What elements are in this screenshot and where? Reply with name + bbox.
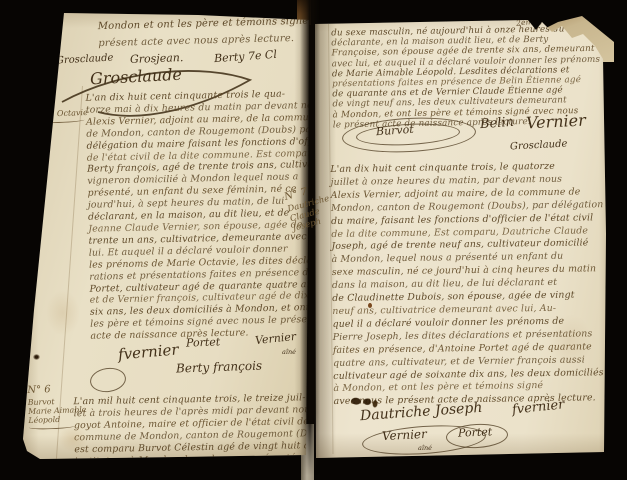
ink-blot (33, 354, 40, 360)
act-7-body-text: L'an dix huit cent cinquante trois, le q… (330, 160, 613, 409)
right-page: 2ème feuillet du sexe masculin, né aujou… (312, 14, 614, 460)
signature-vernier: Vernier (382, 427, 427, 443)
act-number: N° 5 (29, 85, 87, 98)
signature-vernier-large: Vernier (526, 110, 587, 132)
signature-portet: Portet (458, 425, 493, 439)
foxing-stain (46, 290, 80, 336)
left-page: Mondon et ont les père et témoins signé … (18, 10, 312, 462)
margin-name-lines: BertyMarie Octavie (30, 99, 88, 119)
signature-vernier-aine: aîné (418, 444, 432, 452)
act-6-body-text: L'an mil huit cent cinquante trois, le t… (73, 392, 336, 469)
signature-fvernier: fvernier (117, 340, 179, 363)
signature-burvot: Burvot (376, 123, 415, 139)
act-number: N° 6 (27, 383, 86, 396)
signature-vernier: Vernier (254, 330, 296, 347)
signature-belin: Belin (480, 115, 515, 132)
signature-flourish-loop (89, 366, 128, 395)
signature-vernier-aine: aîné (282, 348, 296, 356)
signature-grosclaude: Grosclaude (510, 139, 568, 153)
margin-note-act-5: N° 5 BertyMarie Octavie (29, 85, 88, 124)
scanned-register-spread: Mondon et ont les père et témoins signé … (0, 0, 627, 480)
ink-speck (368, 303, 372, 308)
signature-portet: Portet (186, 335, 221, 349)
signature-berty-francois: Berty françois (176, 359, 263, 376)
